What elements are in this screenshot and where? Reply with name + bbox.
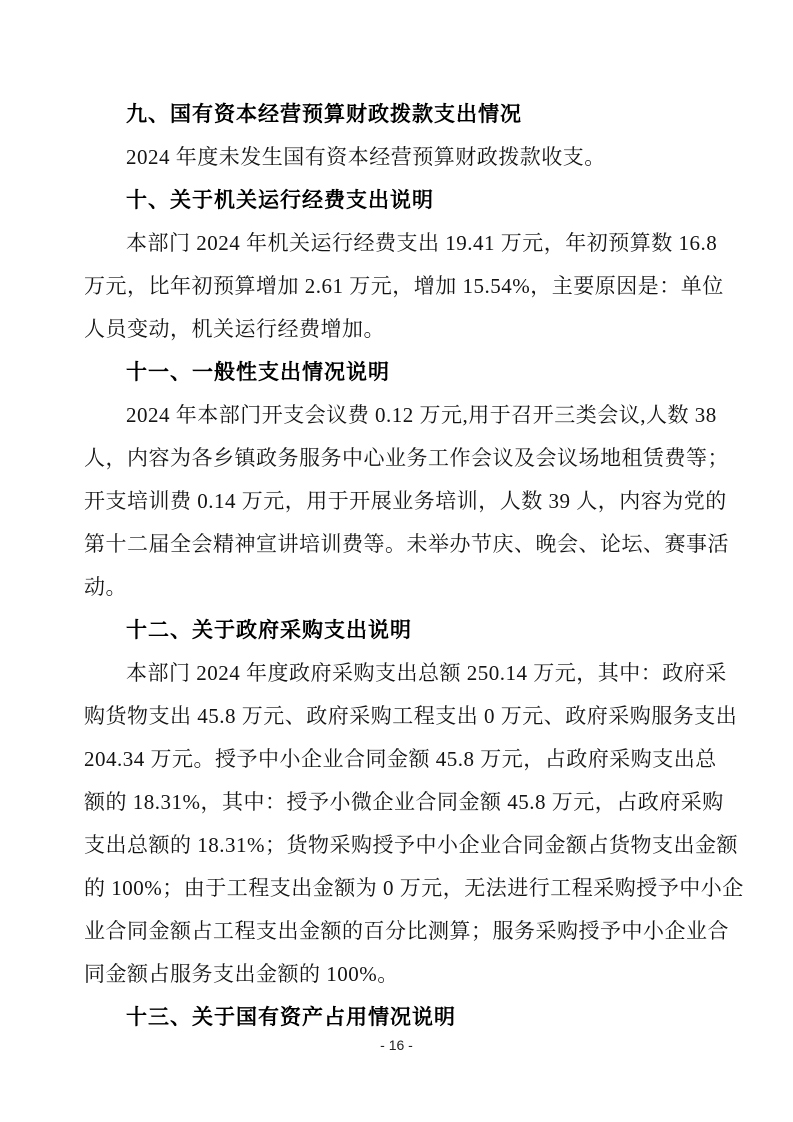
paragraph-line: 开支培训费 0.14 万元，用于开展业务培训，人数 39 人，内容为党的: [84, 480, 712, 523]
paragraph-line: 人，内容为各乡镇政务服务中心业务工作会议及会议场地租赁费等；: [84, 437, 712, 480]
section-heading-9: 九、国有资本经营预算财政拨款支出情况: [84, 93, 712, 136]
paragraph-line: 本部门 2024 年机关运行经费支出 19.41 万元，年初预算数 16.8: [84, 222, 712, 265]
paragraph-line: 本部门 2024 年度政府采购支出总额 250.14 万元，其中：政府采: [84, 652, 712, 695]
paragraph-line: 人员变动，机关运行经费增加。: [84, 308, 712, 351]
paragraph-line: 同金额占服务支出金额的 100%。: [84, 953, 712, 996]
section-heading-11: 十一、一般性支出情况说明: [84, 351, 712, 394]
document-body: 九、国有资本经营预算财政拨款支出情况 2024 年度未发生国有资本经营预算财政拨…: [84, 93, 712, 1039]
paragraph-line: 的 100%；由于工程支出金额为 0 万元，无法进行工程采购授予中小企: [84, 867, 712, 910]
paragraph-line: 额的 18.31%，其中：授予小微企业合同金额 45.8 万元，占政府采购: [84, 781, 712, 824]
paragraph-line: 204.34 万元。授予中小企业合同金额 45.8 万元，占政府采购支出总: [84, 738, 712, 781]
section-heading-10: 十、关于机关运行经费支出说明: [84, 179, 712, 222]
paragraph-line: 第十二届全会精神宣讲培训费等。未举办节庆、晚会、论坛、赛事活: [84, 523, 712, 566]
section-heading-12: 十二、关于政府采购支出说明: [84, 609, 712, 652]
section-heading-13: 十三、关于国有资产占用情况说明: [84, 996, 712, 1039]
page-number: - 16 -: [0, 1036, 793, 1054]
paragraph-line: 购货物支出 45.8 万元、政府采购工程支出 0 万元、政府采购服务支出: [84, 695, 712, 738]
paragraph-line: 万元，比年初预算增加 2.61 万元，增加 15.54%，主要原因是：单位: [84, 265, 712, 308]
paragraph-line: 业合同金额占工程支出金额的百分比测算；服务采购授予中小企业合: [84, 910, 712, 953]
paragraph-line: 支出总额的 18.31%；货物采购授予中小企业合同金额占货物支出金额: [84, 824, 712, 867]
paragraph-line: 2024 年本部门开支会议费 0.12 万元,用于召开三类会议,人数 38: [84, 394, 712, 437]
document-page: 九、国有资本经营预算财政拨款支出情况 2024 年度未发生国有资本经营预算财政拨…: [0, 0, 793, 1122]
paragraph-line: 动。: [84, 566, 712, 609]
paragraph-line: 2024 年度未发生国有资本经营预算财政拨款收支。: [84, 136, 712, 179]
